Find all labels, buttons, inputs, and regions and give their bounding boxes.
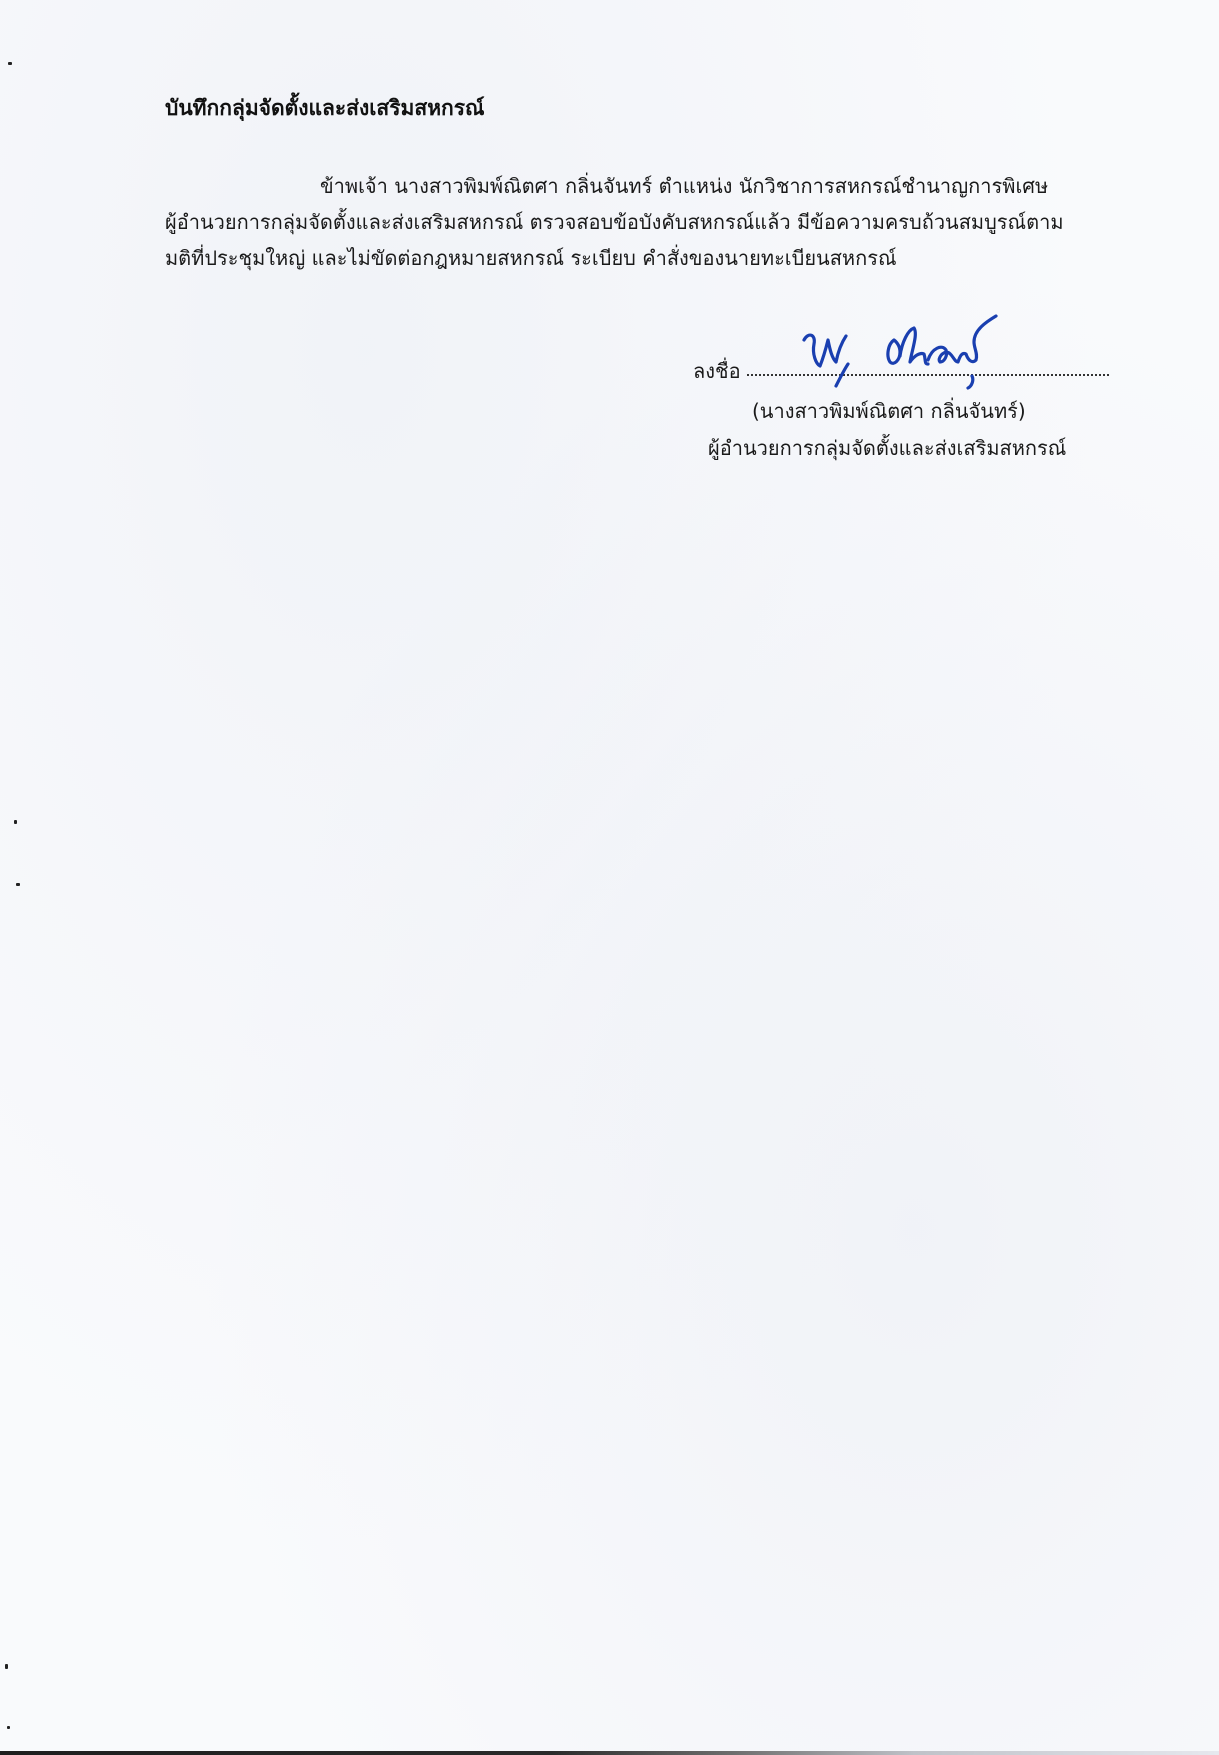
signer-name: (นางสาวพิมพ์ณิตศา กลิ่นจันทร์) — [752, 395, 1026, 427]
scanned-document-page: บันทึกกลุ่มจัดตั้งและส่งเสริมสหกรณ์ ข้าพ… — [0, 0, 1219, 1755]
handwritten-signature — [790, 300, 1010, 390]
sign-label: ลงชื่อ — [693, 359, 741, 383]
scan-margin-mark — [14, 820, 17, 824]
body-paragraph-line: ข้าพเจ้า นางสาวพิมพ์ณิตศา กลิ่นจันทร์ ตำ… — [320, 170, 1048, 202]
memo-heading: บันทึกกลุ่มจัดตั้งและส่งเสริมสหกรณ์ — [165, 92, 485, 125]
signer-position: ผู้อำนวยการกลุ่มจัดตั้งและส่งเสริมสหกรณ์ — [708, 432, 1066, 464]
scan-margin-mark — [8, 62, 12, 65]
body-paragraph-line: ผู้อำนวยการกลุ่มจัดตั้งและส่งเสริมสหกรณ์… — [165, 206, 1064, 238]
scan-margin-mark — [7, 1726, 10, 1729]
scan-margin-mark — [5, 1664, 8, 1669]
body-paragraph-line: มติที่ประชุมใหญ่ และไม่ขัดต่อกฎหมายสหกรณ… — [165, 242, 897, 274]
scan-bottom-edge — [0, 1751, 1219, 1755]
scan-margin-mark — [16, 883, 20, 886]
